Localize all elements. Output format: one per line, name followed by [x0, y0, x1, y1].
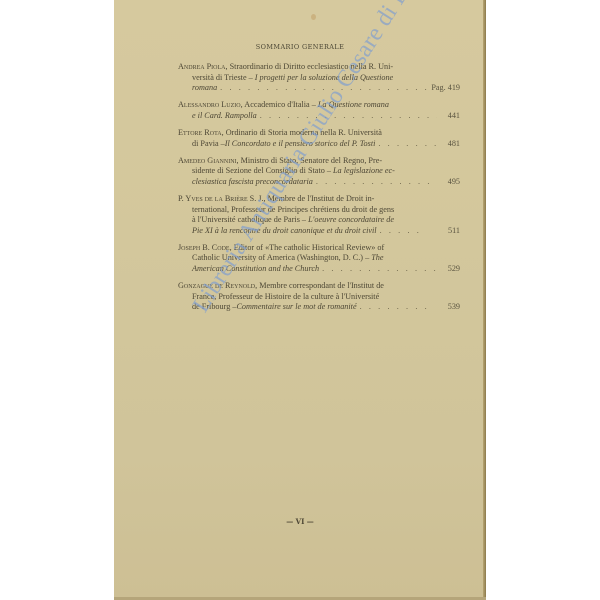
page-spine-edge [483, 0, 486, 600]
toc-affiliation: sidente di Sezione del Consiglio di Stat… [192, 166, 333, 175]
toc-entry: P. Yves de la Brière S. J., Membre de l'… [178, 194, 460, 236]
toc-author: Alessandro Luzio [178, 100, 241, 109]
toc-author: Andrea Piola [178, 62, 226, 71]
page-folio-number: — VI — [114, 517, 486, 526]
book-page: SOMMARIO GENERALE Andrea Piola, Straordi… [114, 0, 486, 600]
toc-entry-first-line: Andrea Piola, Straordinario di Diritto e… [178, 62, 460, 73]
toc-page-number: 495 [440, 177, 460, 188]
leader-dots: . . . . . . . . . . . . . . . . . . . . [322, 264, 437, 275]
toc-author: Ettore Rota [178, 128, 222, 137]
toc-title: L'oeuvre concordataire de [308, 215, 394, 224]
toc-page-number: 511 [440, 226, 460, 237]
page-heading: SOMMARIO GENERALE [114, 43, 486, 51]
toc-entry-continuation: sidente di Sezione del Consiglio di Stat… [178, 166, 460, 177]
toc-title: The [371, 253, 383, 262]
toc-page-number: 529 [440, 264, 460, 275]
toc-author: P. Yves de la Brière S. J. [178, 194, 264, 203]
toc-page-number: 539 [440, 302, 460, 313]
toc-title: Pie XI à la rencontre du droit canonique… [192, 226, 377, 237]
toc-entry-first-line: Amedeo Giannini, Ministro di Stato, Sena… [178, 156, 460, 167]
toc-entry-continuation: à l'Université catholique de Paris – L'o… [178, 215, 460, 226]
toc-entry-last-line: romana. . . . . . . . . . . . . . . . . … [178, 83, 460, 94]
toc-entry-continuation: versità di Trieste – I progetti per la s… [178, 73, 460, 84]
toc-entry: Andrea Piola, Straordinario di Diritto e… [178, 62, 460, 94]
toc-page-number: Pag. 419 [431, 83, 460, 94]
toc-affiliation: di Pavia – [192, 139, 225, 150]
toc-page-number: 441 [440, 111, 460, 122]
toc-entry-last-line: Pie XI à la rencontre du droit canonique… [178, 226, 460, 237]
toc-title: e il Card. Rampolla [192, 111, 257, 122]
leader-dots: . . . . . . . . [360, 302, 437, 313]
toc-entry-first-line: P. Yves de la Brière S. J., Membre de l'… [178, 194, 460, 205]
toc-title: La legislazione ec- [333, 166, 395, 175]
toc-entry-continuation: ternational, Professeur de Principes chr… [178, 205, 460, 216]
toc-entry: Amedeo Giannini, Ministro di Stato, Sena… [178, 156, 460, 188]
toc-author: Amedeo Giannini [178, 156, 237, 165]
toc-affiliation: Accademico d'Italia – [244, 100, 318, 109]
leader-dots: . . . . . [380, 226, 437, 237]
toc-affiliation: Membre correspondant de l'Institut de [259, 281, 384, 290]
toc-entry-last-line: clesiastica fascista preconcordataria. .… [178, 177, 460, 188]
toc-title: I progetti per la soluzione della Questi… [255, 73, 393, 82]
toc-entry-last-line: de Fribourg – Commentaire sur le mot de … [178, 302, 460, 313]
leader-dots: . . . . . . . . . . . . . . . . . . . . … [316, 177, 437, 188]
toc-affiliation: versità di Trieste – [192, 73, 255, 82]
toc-affiliation: ternational, Professeur de Principes chr… [192, 205, 394, 214]
toc-title: Commentaire sur le mot de romanité [236, 302, 356, 313]
toc-title: romana [192, 83, 217, 94]
toc-page-number: 481 [440, 139, 460, 150]
leader-dots: . . . . . . . . . . . . . . . . . . . . … [260, 111, 437, 122]
foxing-spot [311, 14, 316, 20]
leader-dots: . . . . . . . . . . . . [378, 139, 437, 150]
